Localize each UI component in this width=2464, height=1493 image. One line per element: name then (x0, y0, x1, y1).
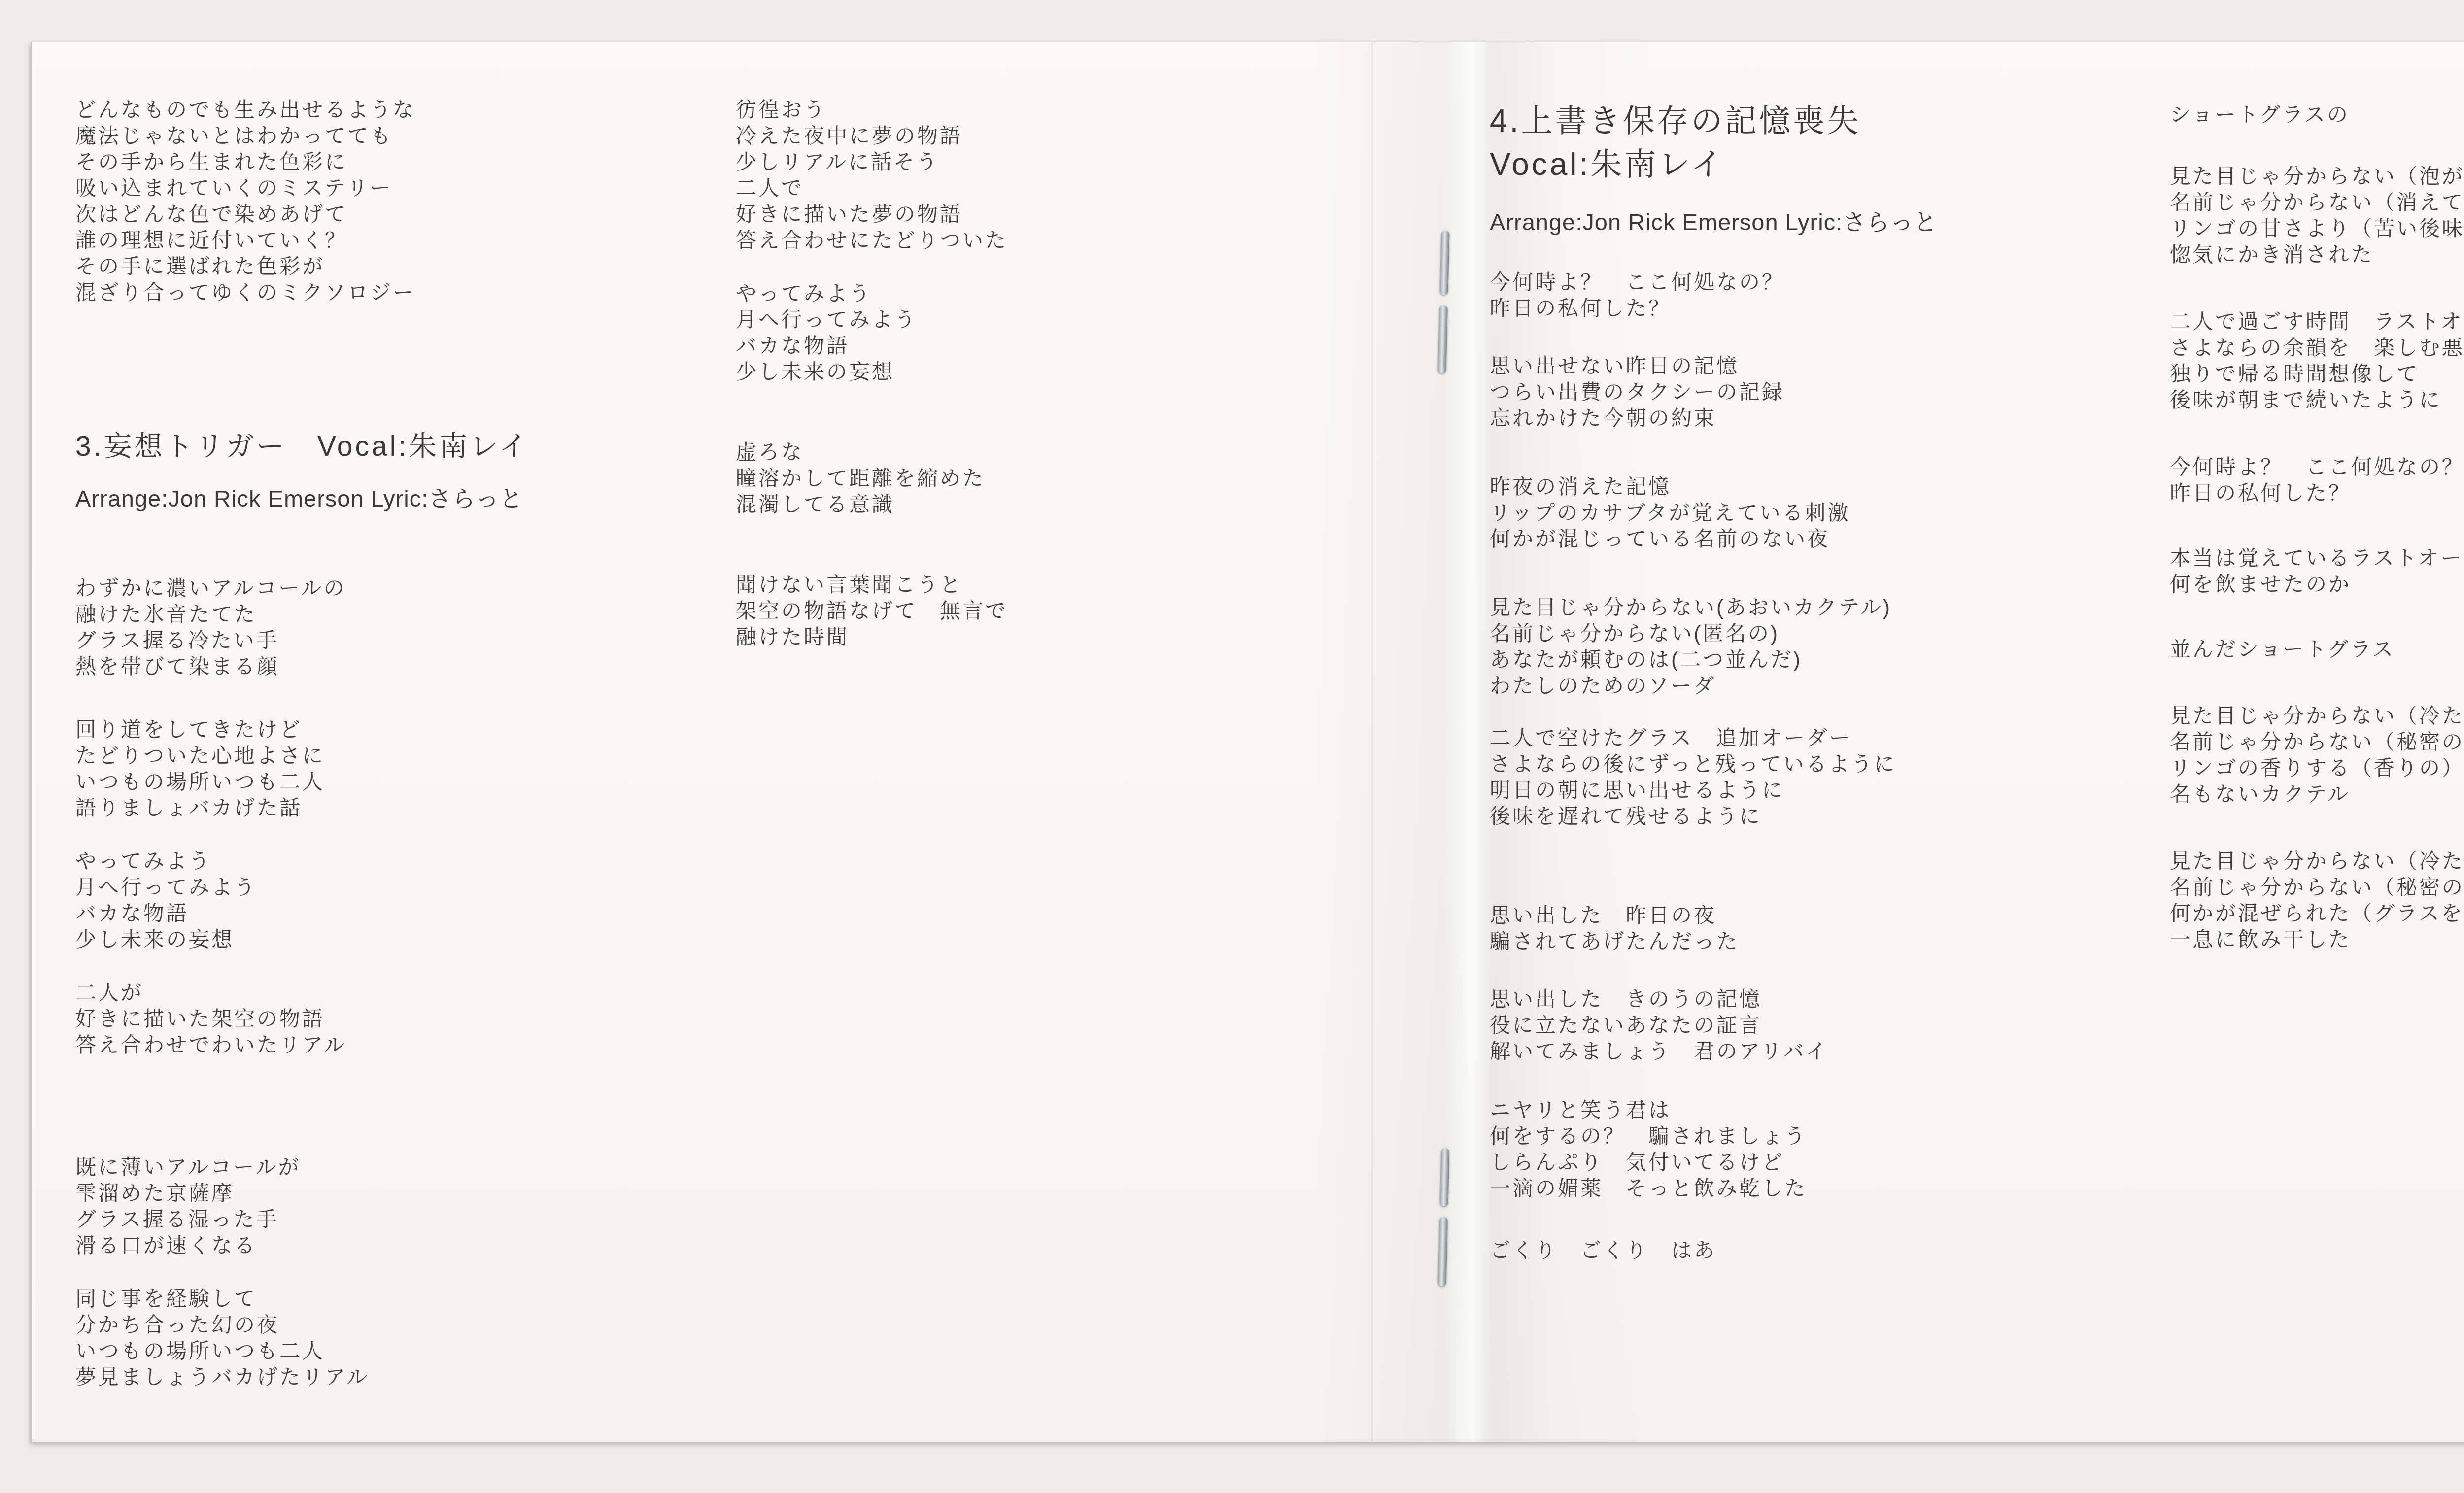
lyric-stanza: 既に薄いアルコールが 雫溜めた京薩摩 グラス握る湿った手 滑る口が速くなる (75, 1154, 746, 1258)
lyric-stanza: 今何時よ？ ここ何処なの？ 昨日の私何した？ (2170, 454, 2464, 506)
lyric-stanza: ごくり ごくり はあ (1490, 1237, 2160, 1263)
staple-gap (1439, 1206, 1448, 1217)
lyric-stanza: 二人が 好きに描いた架空の物語 答え合わせでわいたリアル (75, 980, 746, 1058)
staple-gap (1439, 295, 1448, 305)
lyric-stanza: 二人で過ごす時間 ラストオーダー さよならの余韻を 楽しむ悪戯事 独りで帰る時間… (2170, 308, 2464, 413)
lyric-stanza: 昨夜の消えた記憶 リップのカサブタが覚えている刺激 何かが混じっている名前のない… (1490, 474, 2160, 552)
lyric-stanza: 見た目じゃ分からない（冷たい） 名前じゃ分からない（秘密の） 何かが混ぜられた（… (2170, 848, 2464, 952)
track3-title: 3.妄想トリガー Vocal:朱南レイ (75, 429, 746, 464)
lyric-stanza: 思い出した 昨日の夜 騙されてあげたんだった (1490, 902, 2160, 954)
lyric-stanza: どんなものでも生み出せるような 魔法じゃないとはわかってても その手から生まれた… (75, 97, 746, 305)
lyric-stanza: 同じ事を経験して 分かち合った幻の夜 いつもの場所いつも二人 夢見ましょうバカげ… (75, 1286, 746, 1390)
lyric-stanza: 本当は覚えているラストオーダー 何を飲ませたのか (2170, 545, 2464, 597)
lyric-stanza: やってみよう 月へ行ってみよう バカな物語 少し未来の妄想 (736, 280, 1406, 385)
lyric-stanza: 見た目じゃ分からない（冷たい） 名前じゃ分からない（秘密の） リンゴの香りする（… (2170, 703, 2464, 807)
lyric-stanza: 思い出せない昨日の記憶 つらい出費のタクシーの記録 忘れかけた今朝の約束 (1490, 353, 2160, 431)
lyric-stanza: 聞けない言葉聞こうと 架空の物語なげて 無言で 融けた時間 (736, 572, 1406, 650)
staple-leg (1439, 231, 1449, 295)
lyrics-column-right-2: ショートグラスの 見た目じゃ分からない（泡がはじけて） 名前じゃ分からない（消え… (2170, 102, 2464, 952)
staple-leg (1437, 305, 1447, 373)
lyrics-column-left-2: 彷徨おう 冷えた夜中に夢の物語 少しリアルに話そう 二人で 好きに描いた夢の物語… (736, 97, 1406, 650)
booklet-pages: どんなものでも生み出せるような 魔法じゃないとはわかってても その手から生まれた… (31, 42, 2464, 1442)
lyric-stanza: 見た目じゃ分からない（泡がはじけて） 名前じゃ分からない（消えてった） リンゴの… (2170, 163, 2464, 268)
lyric-stanza: 二人で空けたグラス 追加オーダー さよならの後にずっと残っているように 明日の朝… (1490, 725, 2160, 829)
lyrics-column-left-1: どんなものでも生み出せるような 魔法じゃないとはわかってても その手から生まれた… (75, 97, 746, 1390)
lyric-stanza: 回り道をしてきたけど たどりついた心地よさに いつもの場所いつも二人 語りましょ… (75, 716, 746, 821)
track4-title: 4.上書き保存の記憶喪失 Vocal:朱南レイ (1490, 99, 2160, 186)
lyrics-column-right-1: 4.上書き保存の記憶喪失 Vocal:朱南レイ Arrange:Jon Rick… (1490, 99, 2160, 1263)
lyric-stanza: 今何時よ？ ここ何処なの？ 昨日の私何した？ (1490, 269, 2160, 321)
lyric-stanza: ショートグラスの (2170, 102, 2464, 128)
track3-credits: Arrange:Jon Rick Emerson Lyric:さらっと (75, 484, 746, 513)
staple-leg (1440, 1148, 1450, 1206)
lyric-stanza: やってみよう 月へ行ってみよう バカな物語 少し未来の妄想 (75, 848, 746, 952)
lyric-stanza: 思い出した きのうの記憶 役に立たないあなたの証言 解いてみましょう 君のアリバ… (1490, 986, 2160, 1064)
lyric-stanza: 虚ろな 瞳溶かして距離を縮めた 混濁してる意識 (736, 439, 1406, 517)
lyric-stanza: ニヤリと笑う君は 何をするの？ 騙されましょう しらんぷり 気付いてるけど 一滴… (1490, 1097, 2160, 1201)
staple-leg (1438, 1217, 1448, 1286)
track4-credits: Arrange:Jon Rick Emerson Lyric:さらっと (1490, 207, 2160, 237)
scanned-booklet-spread: どんなものでも生み出せるような 魔法じゃないとはわかってても その手から生まれた… (0, 0, 2464, 1493)
lyric-stanza: わずかに濃いアルコールの 融けた氷音たてた グラス握る冷たい手 熱を帯びて染まる… (75, 575, 746, 679)
lyric-stanza: 並んだショートグラス (2170, 636, 2464, 662)
lyric-stanza: 見た目じゃ分からない(あおいカクテル) 名前じゃ分からない(匿名の) あなたが頼… (1490, 594, 2160, 699)
lyric-stanza: 彷徨おう 冷えた夜中に夢の物語 少しリアルに話そう 二人で 好きに描いた夢の物語… (736, 97, 1406, 253)
